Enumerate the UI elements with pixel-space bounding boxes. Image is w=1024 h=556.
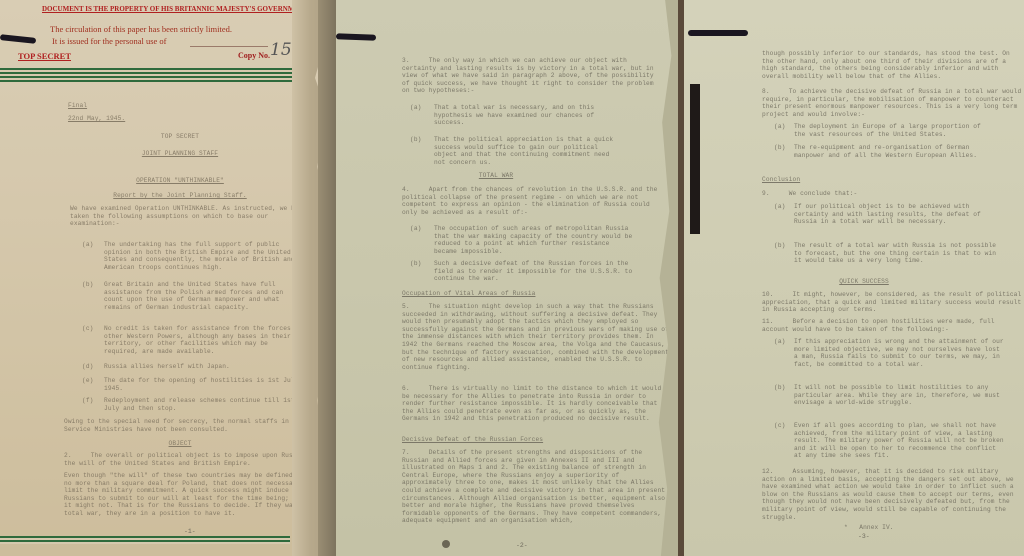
assumption-text: The undertaking has the full support of … <box>104 241 304 271</box>
paragraph-11: 11. Before a decision to open hostilitie… <box>762 318 1024 333</box>
assumption-label: (c) <box>82 325 96 333</box>
circulation-line: The circulation of this paper has been s… <box>50 24 232 34</box>
requirement-text: The re-equipment and re-organisation of … <box>794 144 994 159</box>
treasury-tag <box>336 33 376 40</box>
result-text: Such a decisive defeat of the Russian fo… <box>434 260 634 283</box>
annex-reference: * Annex IV. <box>844 524 894 532</box>
assumption-label: (d) <box>82 363 96 371</box>
paragraph-8: 8. To achieve the decisive defeat of Rus… <box>762 88 1024 118</box>
copy-number: 15 <box>270 40 292 60</box>
page-number: -1- <box>184 528 196 535</box>
paragraph-6: 6. There is virtually no limit to the di… <box>402 385 670 423</box>
assumption-label: (a) <box>82 241 96 249</box>
body-title: JOINT PLANNING STAFF <box>60 150 300 158</box>
assumption-label: (e) <box>82 377 96 385</box>
final-label: Final <box>68 102 87 110</box>
page-number: -3- <box>858 533 870 540</box>
hypothesis-label: (b) <box>410 136 424 144</box>
assumption-text: No credit is taken for assistance from t… <box>104 325 304 355</box>
section-heading-total-war: TOTAL WAR <box>396 172 596 180</box>
treasury-tag <box>688 30 748 36</box>
assumption-label: (b) <box>82 281 96 289</box>
secrecy-heading: TOP SECRET <box>60 133 300 141</box>
report-title: Report by the Joint Planning Staff. <box>60 192 300 200</box>
hypothesis-label: (a) <box>410 104 424 112</box>
classification: TOP SECRET <box>18 51 71 61</box>
section-heading-quick-success: QUICK SUCCESS <box>754 278 974 286</box>
result-label: (a) <box>410 225 424 233</box>
consideration-label: (b) <box>774 384 788 392</box>
issued-line: It is issued for the personal use of <box>52 36 167 46</box>
hypothesis-text: That a total war is necessary, and on th… <box>434 104 624 127</box>
intro-paragraph: We have examined Operation UNTHINKABLE. … <box>70 205 310 228</box>
secrecy-note: Owing to the special need for secrecy, t… <box>64 418 314 433</box>
copy-label: Copy No. <box>238 51 270 60</box>
divider-tab <box>690 84 700 234</box>
consideration-text: If this appreciation is wrong and the at… <box>794 338 1004 368</box>
operation-title: OPERATION "UNTHINKABLE" <box>60 177 300 185</box>
requirement-text: The deployment in Europe of a large prop… <box>794 123 994 138</box>
paragraph-2b: Even though "the will" of these two coun… <box>64 472 314 518</box>
document-page-1: DOCUMENT IS THE PROPERTY OF HIS BRITANNI… <box>0 0 336 556</box>
paragraph-5: 5. The situation might develop in such a… <box>402 303 670 371</box>
consideration-text: It will not be possible to limit hostili… <box>794 384 1004 407</box>
green-rule-bottom <box>0 536 290 544</box>
paragraph-7: 7. Details of the present strengths and … <box>402 449 672 525</box>
page-number: -2- <box>516 542 528 549</box>
subheading-conclusion: Conclusion <box>762 176 962 184</box>
property-notice: DOCUMENT IS THE PROPERTY OF HIS BRITANNI… <box>42 5 309 13</box>
paragraph-3: 3. The only way in which we can achieve … <box>402 57 662 95</box>
conclusion-text: The result of a total war with Russia is… <box>794 242 1004 265</box>
subheading-vital-areas: Occupation of Vital Areas of Russia <box>402 290 662 298</box>
paragraph-7-continued: though possibly inferior to our standard… <box>762 50 1024 80</box>
assumption-text: Redeployment and release schemes continu… <box>104 397 304 412</box>
paragraph-10: 10. It might, however, be considered, as… <box>762 291 1024 314</box>
section-heading-object: OBJECT <box>60 440 300 448</box>
green-rule-top <box>0 68 312 82</box>
conclusion-text: If our political object is to be achieve… <box>794 203 1004 226</box>
consideration-label: (c) <box>774 422 788 430</box>
result-text: The occupation of such areas of metropol… <box>434 225 634 255</box>
hypothesis-text: That the political appreciation is that … <box>434 136 624 166</box>
paragraph-2: 2. The overall or political object is to… <box>64 452 314 467</box>
assumption-label: (f) <box>82 397 96 405</box>
requirement-label: (a) <box>774 123 788 131</box>
paragraph-9: 9. We conclude that:- <box>762 190 1024 198</box>
conclusion-label: (b) <box>774 242 788 250</box>
paragraph-4: 4. Apart from the chances of revolution … <box>402 186 662 216</box>
requirement-label: (b) <box>774 144 788 152</box>
result-label: (b) <box>410 260 424 268</box>
name-blank <box>190 46 268 47</box>
conclusion-label: (a) <box>774 203 788 211</box>
document-page-3: though possibly inferior to our standard… <box>684 0 1024 556</box>
paragraph-12: 12. Assuming, however, that it is decide… <box>762 468 1024 521</box>
consideration-label: (a) <box>774 338 788 346</box>
assumption-text: Great Britain and the United States have… <box>104 281 304 311</box>
treasury-tag <box>0 34 36 44</box>
punch-hole <box>442 540 450 548</box>
assumption-text: The date for the opening of hostilities … <box>104 377 304 392</box>
subheading-decisive-defeat: Decisive Defeat of the Russian Forces <box>402 436 662 444</box>
assumption-text: Russia allies herself with Japan. <box>104 363 304 371</box>
page-shadow <box>318 0 336 556</box>
consideration-text: Even if all goes according to plan, we s… <box>794 422 1004 460</box>
document-date: 22nd May, 1945. <box>68 115 125 123</box>
document-page-2: 3. The only way in which we can achieve … <box>336 0 684 556</box>
